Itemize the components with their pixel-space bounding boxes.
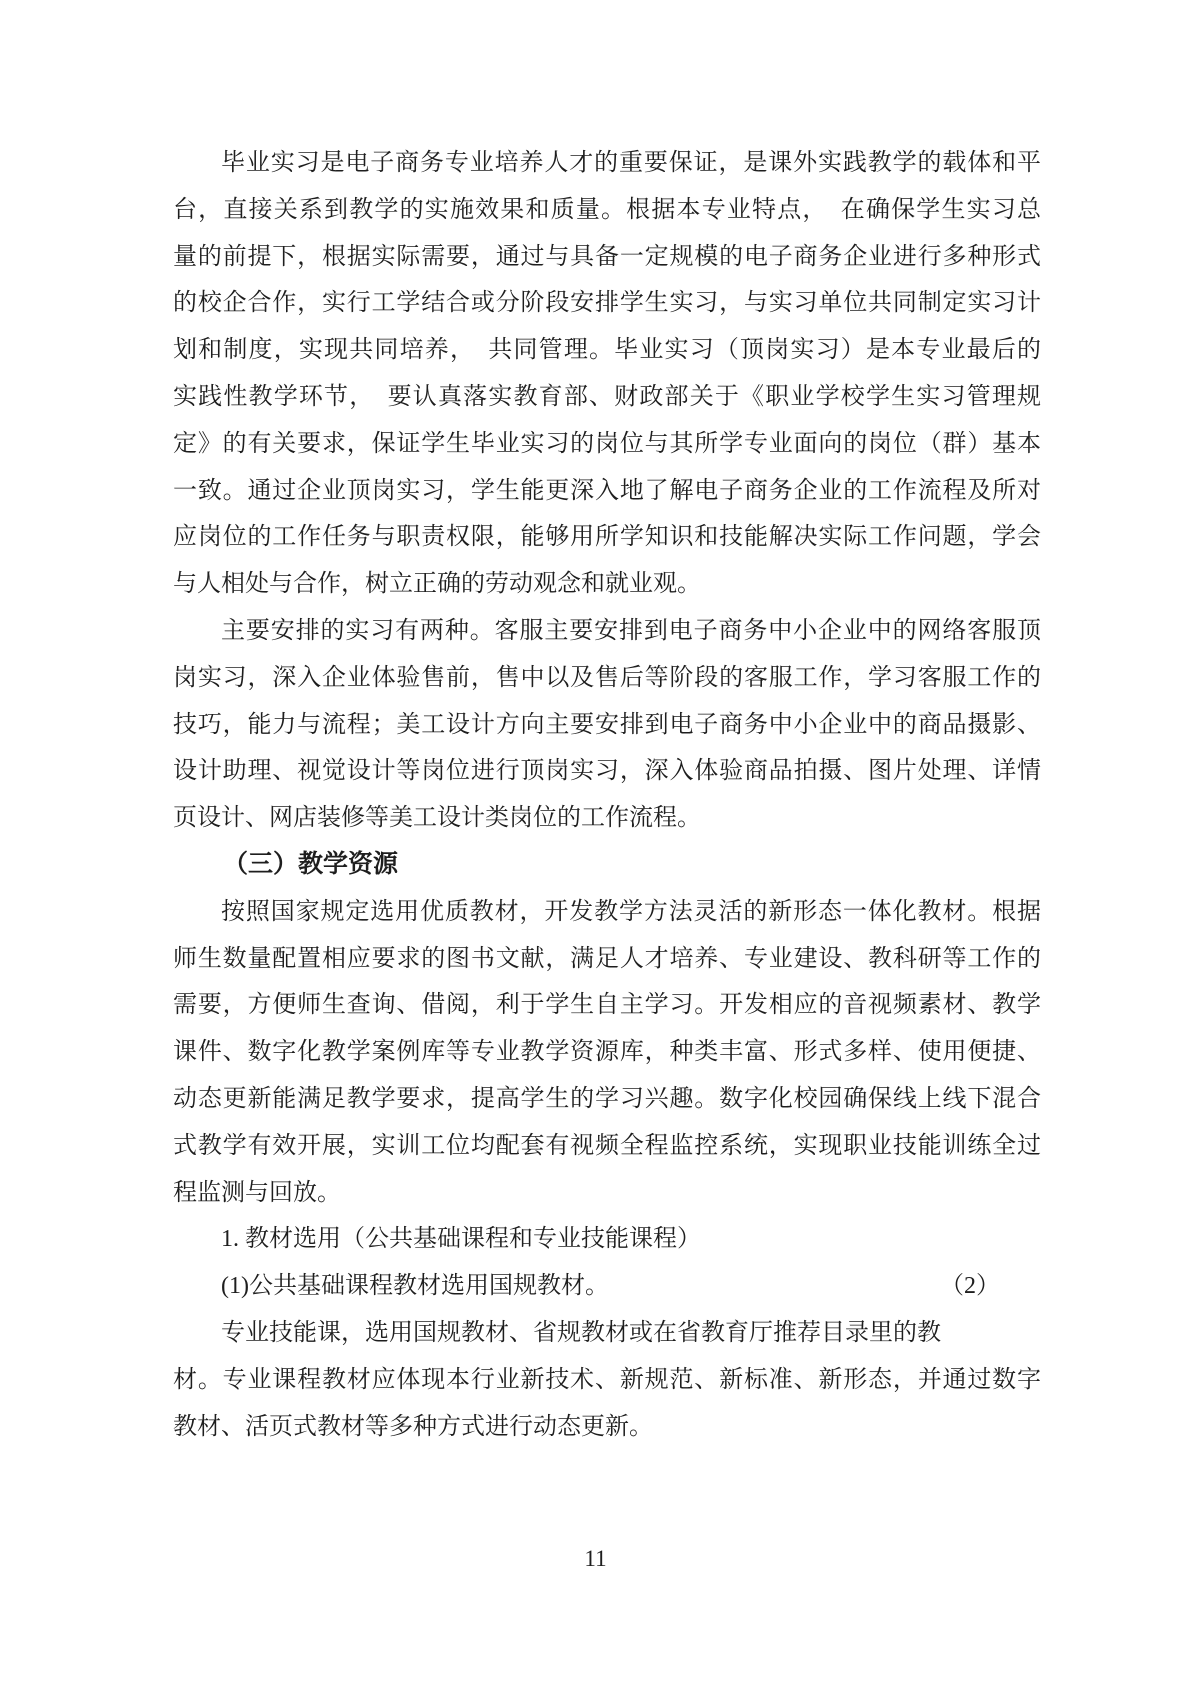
text-line: 主要安排的实习有两种。客服主要安排到电子商务中小企业中的网络客服顶: [173, 608, 1041, 655]
text-line: 毕业实习是电子商务专业培养人才的重要保证，是课外实践教学的载体和平: [173, 140, 1041, 187]
text-line: 课件、数字化教学案例库等专业教学资源库，种类丰富、形式多样、使用便捷、: [173, 1029, 1041, 1076]
text-line-content: 1. 教材选用（公共基础课程和专业技能课程）: [221, 1226, 701, 1252]
text-line-content: 页设计、网店装修等美工设计类岗位的工作流程。: [173, 805, 701, 831]
text-line: 的校企合作，实行工学结合或分阶段安排学生实习，与实习单位共同制定实习计: [173, 280, 1041, 327]
text-line-content: 量的前提下，根据实际需要，通过与具备一定规模的电子商务企业进行多种形式: [173, 244, 1041, 270]
text-line: 岗实习，深入企业体验售前，售中以及售后等阶段的客服工作，学习客服工作的: [173, 655, 1041, 702]
text-line-content: 师生数量配置相应要求的图书文献，满足人才培养、专业建设、教科研等工作的: [173, 946, 1041, 972]
text-line: 实践性教学环节， 要认真落实教育部、财政部关于《职业学校学生实习管理规: [173, 374, 1041, 421]
text-line: 动态更新能满足教学要求，提高学生的学习兴趣。数字化校园确保线上线下混合: [173, 1076, 1041, 1123]
document-page: 毕业实习是电子商务专业培养人才的重要保证，是课外实践教学的载体和平 台，直接关系…: [0, 0, 1191, 1684]
text-line: 技巧，能力与流程；美工设计方向主要安排到电子商务中小企业中的商品摄影、: [173, 702, 1041, 749]
text-line: 一致。通过企业顶岗实习，学生能更深入地了解电子商务企业的工作流程及所对: [173, 468, 1041, 515]
text-line-content: 式教学有效开展，实训工位均配套有视频全程监控系统，实现职业技能训练全过: [173, 1133, 1041, 1159]
text-line: 应岗位的工作任务与职责权限，能够用所学知识和技能解决实际工作问题，学会: [173, 514, 1041, 561]
text-line-content: 技巧，能力与流程；美工设计方向主要安排到电子商务中小企业中的商品摄影、: [173, 712, 1041, 738]
text-line: 式教学有效开展，实训工位均配套有视频全程监控系统，实现职业技能训练全过: [173, 1123, 1041, 1170]
text-line-content: 课件、数字化教学案例库等专业教学资源库，种类丰富、形式多样、使用便捷、: [173, 1039, 1041, 1065]
text-line-content: 毕业实习是电子商务专业培养人才的重要保证，是课外实践教学的载体和平: [221, 150, 1041, 176]
text-line: 台，直接关系到教学的实施效果和质量。根据本专业特点， 在确保学生实习总: [173, 187, 1041, 234]
text-line-content: (1)公共基础课程教材选用国规教材。: [221, 1273, 609, 1299]
text-line-content: 材。专业课程教材应体现本行业新技术、新规范、新标准、新形态，并通过数字: [173, 1367, 1041, 1393]
text-line-content: 与人相处与合作，树立正确的劳动观念和就业观。: [173, 571, 701, 597]
text-line-content: 专业技能课，选用国规教材、省规教材或在省教育厅推荐目录里的教: [221, 1320, 941, 1346]
text-line: （三）教学资源: [173, 842, 1041, 889]
text-line-content: 岗实习，深入企业体验售前，售中以及售后等阶段的客服工作，学习客服工作的: [173, 665, 1041, 691]
text-line-content: 的校企合作，实行工学结合或分阶段安排学生实习，与实习单位共同制定实习计: [173, 290, 1041, 316]
text-line: 需要，方便师生查询、借阅，利于学生自主学习。开发相应的音视频素材、教学: [173, 982, 1041, 1029]
text-line-content: （三）教学资源: [223, 851, 398, 878]
text-line-content: 按照国家规定选用优质教材，开发教学方法灵活的新形态一体化教材。根据: [221, 899, 1041, 925]
text-line-content: 实践性教学环节， 要认真落实教育部、财政部关于《职业学校学生实习管理规: [173, 384, 1041, 410]
text-line: 程监测与回放。: [173, 1170, 1041, 1217]
text-line-content: 设计助理、视觉设计等岗位进行顶岗实习，深入体验商品拍摄、图片处理、详情: [173, 758, 1041, 784]
text-line: 划和制度，实现共同培养， 共同管理。毕业实习（顶岗实习）是本专业最后的: [173, 327, 1041, 374]
text-line-content: 主要安排的实习有两种。客服主要安排到电子商务中小企业中的网络客服顶: [221, 618, 1041, 644]
right-aligned-number: （2）: [940, 1263, 1000, 1310]
text-line-content: 需要，方便师生查询、借阅，利于学生自主学习。开发相应的音视频素材、教学: [173, 992, 1041, 1018]
text-line: 材。专业课程教材应体现本行业新技术、新规范、新标准、新形态，并通过数字: [173, 1357, 1041, 1404]
text-line-content: 应岗位的工作任务与职责权限，能够用所学知识和技能解决实际工作问题，学会: [173, 524, 1041, 550]
text-line-content: 一致。通过企业顶岗实习，学生能更深入地了解电子商务企业的工作流程及所对: [173, 478, 1041, 504]
text-line: 定》的有关要求，保证学生毕业实习的岗位与其所学专业面向的岗位（群）基本: [173, 421, 1041, 468]
text-line-content: 程监测与回放。: [173, 1180, 341, 1206]
text-line: 设计助理、视觉设计等岗位进行顶岗实习，深入体验商品拍摄、图片处理、详情: [173, 748, 1041, 795]
text-line: 按照国家规定选用优质教材，开发教学方法灵活的新形态一体化教材。根据: [173, 889, 1041, 936]
text-line-content: 台，直接关系到教学的实施效果和质量。根据本专业特点， 在确保学生实习总: [173, 197, 1041, 223]
text-line-content: 教材、活页式教材等多种方式进行动态更新。: [173, 1414, 653, 1440]
text-line-content: 定》的有关要求，保证学生毕业实习的岗位与其所学专业面向的岗位（群）基本: [173, 431, 1041, 457]
text-line: (1)公共基础课程教材选用国规教材。 （2）: [173, 1263, 1041, 1310]
text-line-content: 划和制度，实现共同培养， 共同管理。毕业实习（顶岗实习）是本专业最后的: [173, 337, 1041, 363]
text-line: 1. 教材选用（公共基础课程和专业技能课程）: [173, 1216, 1041, 1263]
page-number: 11: [0, 1546, 1191, 1572]
text-line: 专业技能课，选用国规教材、省规教材或在省教育厅推荐目录里的教: [173, 1310, 1041, 1357]
document-text-block: 毕业实习是电子商务专业培养人才的重要保证，是课外实践教学的载体和平 台，直接关系…: [173, 140, 1041, 1450]
text-line: 与人相处与合作，树立正确的劳动观念和就业观。: [173, 561, 1041, 608]
text-line: 师生数量配置相应要求的图书文献，满足人才培养、专业建设、教科研等工作的: [173, 936, 1041, 983]
text-line: 教材、活页式教材等多种方式进行动态更新。: [173, 1404, 1041, 1451]
text-line: 量的前提下，根据实际需要，通过与具备一定规模的电子商务企业进行多种形式: [173, 234, 1041, 281]
text-line-content: 动态更新能满足教学要求，提高学生的学习兴趣。数字化校园确保线上线下混合: [173, 1086, 1041, 1112]
text-line: 页设计、网店装修等美工设计类岗位的工作流程。: [173, 795, 1041, 842]
